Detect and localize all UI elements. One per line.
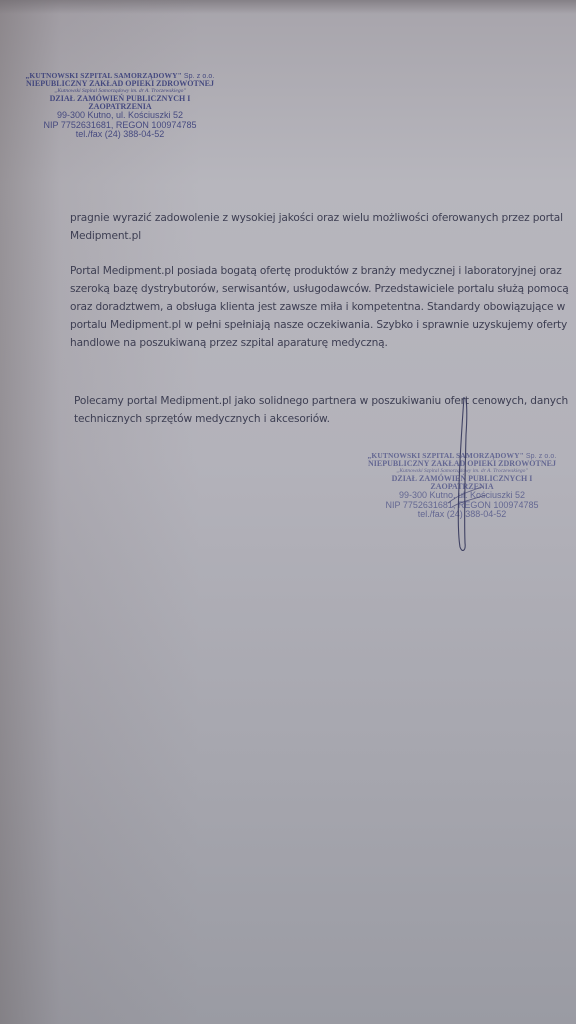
stamp-phone: tel./fax (24) 388-04-52 bbox=[20, 130, 220, 139]
stamp-department: DZIAŁ ZAMÓWIEŃ PUBLICZNYCH I ZAOPATRZENI… bbox=[20, 95, 220, 112]
paragraph-intro: pragnie wyrazić zadowolenie z wysokiej j… bbox=[70, 209, 570, 245]
photo-top-edge bbox=[0, 0, 576, 14]
paragraph-body: Portal Medipment.pl posiada bogatą ofert… bbox=[70, 262, 570, 352]
handwritten-signature bbox=[440, 395, 500, 555]
header-stamp: „KUTNOWSKI SZPITAL SAMORZĄDOWY" Sp. z o.… bbox=[20, 72, 220, 140]
